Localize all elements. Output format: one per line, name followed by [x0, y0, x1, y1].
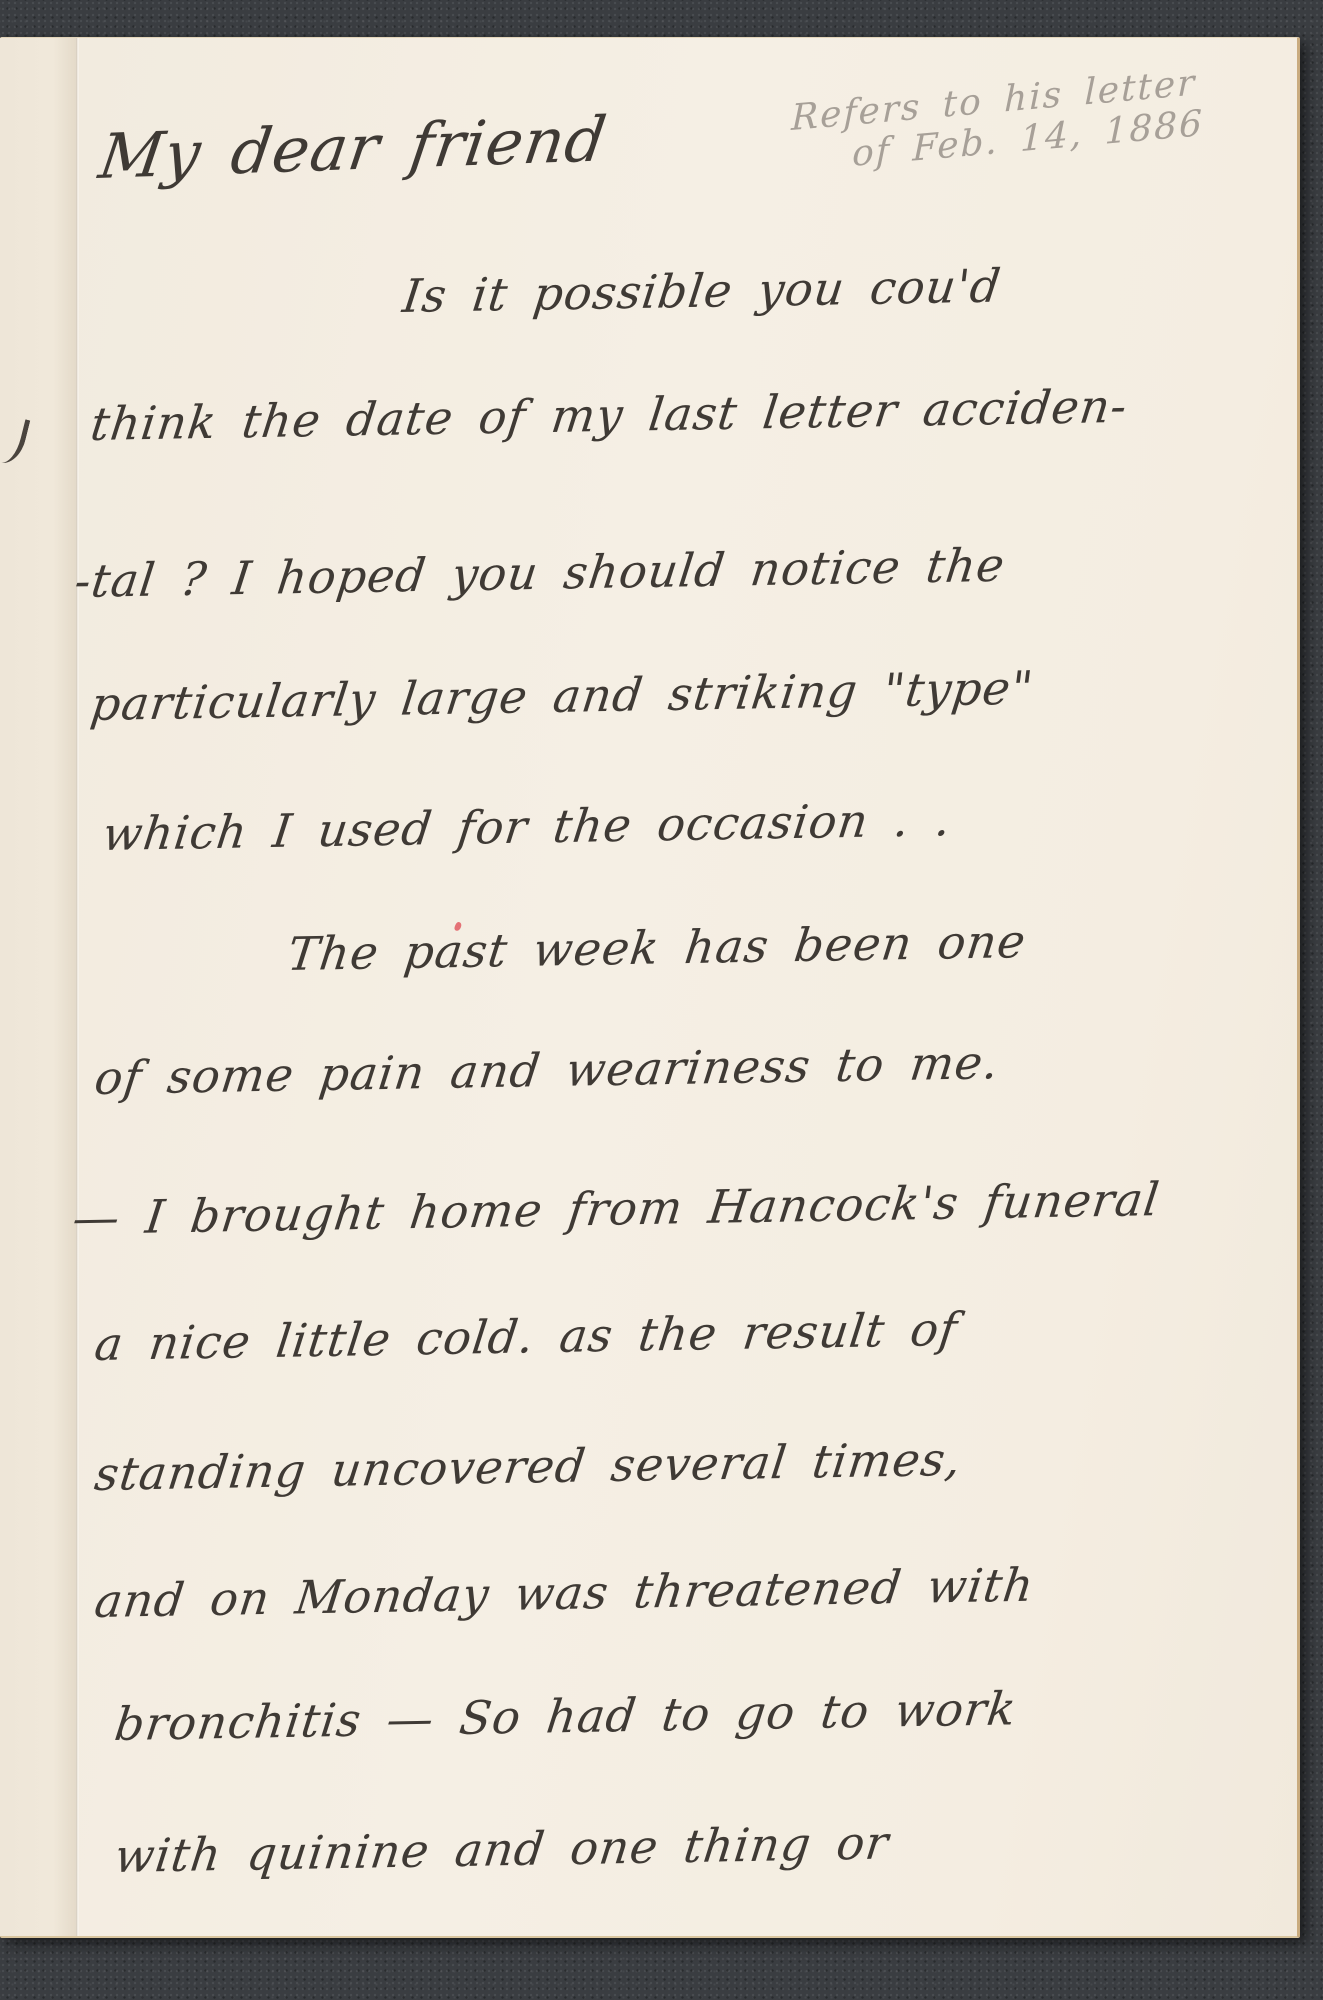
handwritten-line: a nice little cold. as the result of [92, 1304, 961, 1370]
handwritten-line: and on Monday was threatened with [92, 1560, 1037, 1627]
salutation: My dear friend [95, 105, 611, 191]
handwritten-line: which I used for the occasion . . [100, 794, 954, 859]
handwritten-line: -tal ? I hoped you should notice the [72, 540, 1008, 607]
handwritten-line: standing uncovered several times, [92, 1434, 964, 1500]
photo-background-fabric: Refers to his letter of Feb. 14, 1886 My… [0, 0, 1323, 2000]
handwritten-line: particularly large and striking "type" [88, 663, 1036, 730]
handwritten-line: — I brought home from Hancock's funeral [70, 1174, 1163, 1244]
handwritten-line: think the date of my last letter acciden… [88, 381, 1130, 450]
archival-pencil-annotation: Refers to his letter of Feb. 14, 1886 [790, 62, 1205, 181]
handwritten-line: The past week has been one [285, 916, 1029, 979]
letter-page: Refers to his letter of Feb. 14, 1886 My… [0, 37, 1300, 1938]
handwritten-line: bronchitis — So had to go to work [112, 1683, 1019, 1749]
adjacent-page-leaf [0, 38, 76, 1936]
handwritten-line: Is it possible you cou'd [400, 261, 1004, 322]
fold-crease [76, 38, 79, 1936]
handwritten-line: with quinine and one thing or [112, 1818, 892, 1882]
handwritten-line: of some pain and weariness to me. [92, 1037, 1002, 1103]
